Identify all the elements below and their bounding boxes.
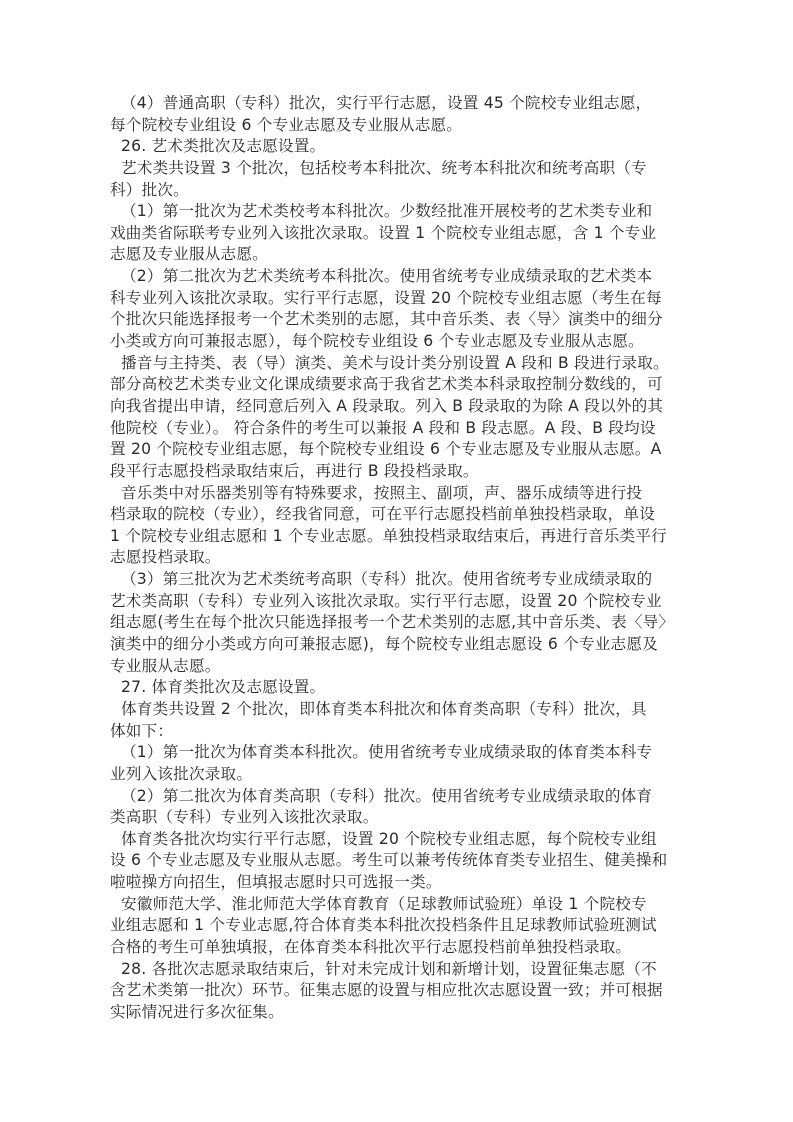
section-heading: 27. 体育类批次及志愿设置。 (110, 677, 676, 699)
paragraph-26-1: （1）第一批次为艺术类校考本科批次。少数经批准开展校考的艺术类专业和 戏曲类省际… (110, 201, 676, 266)
heading-27: 27. 体育类批次及志愿设置。 (110, 677, 676, 699)
document-page: （4）普通高职（专科）批次，实行平行志愿，设置 45 个院校专业组志愿， 每个院… (0, 0, 793, 1122)
paragraph-26-2-ab-sections: 播音与主持类、表（导）演类、美术与设计类分别设置 A 段和 B 段进行录取。 部… (110, 353, 676, 483)
text-line: 业列入该批次录取。 (110, 764, 676, 786)
paragraph-27-all-batches: 体育类各批次均实行平行志愿，设置 20 个院校专业组志愿，每个院校专业组 设 6… (110, 829, 676, 894)
text-line: 组志愿(考生在每个批次只能选择报考一个艺术类别的志愿,其中音乐类、表〈导〉 (110, 612, 676, 634)
text-line: 业组志愿和 1 个专业志愿,符合体育类本科批次投档条件且足球教师试验班测试 (110, 915, 676, 937)
text-line: 体育类共设置 2 个批次，即体育类本科批次和体育类高职（专科）批次，具 (110, 699, 676, 721)
text-line: 设 6 个专业志愿及专业服从志愿。考生可以兼考传统体育类专业招生、健美操和 (110, 850, 676, 872)
text-line: 安徽师范大学、淮北师范大学体育教育（足球教师试验班）单设 1 个院校专 (110, 894, 676, 916)
text-line: 合格的考生可单独填报，在体育类本科批次平行志愿投档前单独投档录取。 (110, 937, 676, 959)
paragraph-27-intro: 体育类共设置 2 个批次，即体育类本科批次和体育类高职（专科）批次，具 体如下： (110, 699, 676, 742)
text-line: （1）第一批次为艺术类校考本科批次。少数经批准开展校考的艺术类专业和 (110, 201, 676, 223)
text-line: 向我省提出申请，经同意后列入 A 段录取。列入 B 段录取的为除 A 段以外的其 (110, 396, 676, 418)
text-line: 实际情况进行多次征集。 (110, 1002, 676, 1024)
text-line: 他院校（专业）。 符合条件的考生可以兼报 A 段和 B 段志愿。A 段、B 段均… (110, 418, 676, 440)
text-line: （2）第二批次为体育类高职（专科）批次。使用省统考专业成绩录取的体育 (110, 786, 676, 808)
text-line: 志愿及专业服从志愿。 (110, 244, 676, 266)
paragraph-28: 28. 各批次志愿录取结束后，针对未完成计划和新增计划，设置征集志愿（不 含艺术… (110, 959, 676, 1024)
text-line: 28. 各批次志愿录取结束后，针对未完成计划和新增计划，设置征集志愿（不 (110, 959, 676, 981)
text-line: 1 个院校专业组志愿和 1 个专业志愿。单独投档录取结束后，再进行音乐类平行 (110, 526, 676, 548)
text-line: 艺术类共设置 3 个批次，包括校考本科批次、统考本科批次和统考高职（专 (110, 158, 676, 180)
text-line: 艺术类高职（专科）专业列入该批次录取。实行平行志愿，设置 20 个院校专业 (110, 591, 676, 613)
text-line: （2）第二批次为艺术类统考本科批次。使用省统考专业成绩录取的艺术类本 (110, 266, 676, 288)
text-line: 音乐类中对乐器类别等有特殊要求，按照主、副项，声、器乐成绩等进行投 (110, 483, 676, 505)
text-line: 体如下： (110, 721, 676, 743)
text-line: 戏曲类省际联考专业列入该批次录取。设置 1 个院校专业组志愿，含 1 个专业 (110, 223, 676, 245)
document-body: （4）普通高职（专科）批次，实行平行志愿，设置 45 个院校专业组志愿， 每个院… (110, 93, 676, 1024)
paragraph-27-1: （1）第一批次为体育类本科批次。使用省统考专业成绩录取的体育类本科专 业列入该批… (110, 742, 676, 785)
text-line: 类高职（专科）专业列入该批次录取。 (110, 807, 676, 829)
text-line: 科专业列入该批次录取。实行平行志愿，设置 20 个院校专业组志愿（考生在每 (110, 288, 676, 310)
text-line: 档录取的院校（专业），经我省同意，可在平行志愿投档前单独投档录取，单设 (110, 504, 676, 526)
text-line: 演类中的细分小类或方向可兼报志愿)，每个院校专业组志愿设 6 个专业志愿及 (110, 634, 676, 656)
paragraph-25-4: （4）普通高职（专科）批次，实行平行志愿，设置 45 个院校专业组志愿， 每个院… (110, 93, 676, 136)
text-line: 小类或方向可兼报志愿），每个院校专业组设 6 个专业志愿及专业服从志愿。 (110, 331, 676, 353)
text-line: 专业服从志愿。 (110, 656, 676, 678)
text-line: 每个院校专业组设 6 个专业志愿及专业服从志愿。 (110, 115, 676, 137)
text-line: 置 20 个院校专业组志愿，每个院校专业组设 6 个专业志愿及专业服从志愿。A (110, 439, 676, 461)
paragraph-26-2: （2）第二批次为艺术类统考本科批次。使用省统考专业成绩录取的艺术类本 科专业列入… (110, 266, 676, 353)
text-line: 含艺术类第一批次）环节。征集志愿的设置与相应批次志愿设置一致；并可根据 (110, 980, 676, 1002)
text-line: 啦啦操方向招生，但填报志愿时只可选报一类。 (110, 872, 676, 894)
section-heading: 26. 艺术类批次及志愿设置。 (110, 136, 676, 158)
paragraph-26-intro: 艺术类共设置 3 个批次，包括校考本科批次、统考本科批次和统考高职（专 科）批次… (110, 158, 676, 201)
text-line: 段平行志愿投档录取结束后，再进行 B 段投档录取。 (110, 461, 676, 483)
paragraph-26-3: （3）第三批次为艺术类统考高职（专科）批次。使用省统考专业成绩录取的 艺术类高职… (110, 569, 676, 677)
heading-26: 26. 艺术类批次及志愿设置。 (110, 136, 676, 158)
paragraph-26-2-music: 音乐类中对乐器类别等有特殊要求，按照主、副项，声、器乐成绩等进行投 档录取的院校… (110, 483, 676, 570)
text-line: （3）第三批次为艺术类统考高职（专科）批次。使用省统考专业成绩录取的 (110, 569, 676, 591)
text-line: 体育类各批次均实行平行志愿，设置 20 个院校专业组志愿，每个院校专业组 (110, 829, 676, 851)
text-line: 个批次只能选择报考一个艺术类别的志愿，其中音乐类、表〈导〉演类中的细分 (110, 309, 676, 331)
text-line: 科）批次。 (110, 180, 676, 202)
paragraph-27-2: （2）第二批次为体育类高职（专科）批次。使用省统考专业成绩录取的体育 类高职（专… (110, 786, 676, 829)
text-line: 志愿投档录取。 (110, 547, 676, 569)
text-line: （4）普通高职（专科）批次，实行平行志愿，设置 45 个院校专业组志愿， (110, 93, 676, 115)
paragraph-27-football: 安徽师范大学、淮北师范大学体育教育（足球教师试验班）单设 1 个院校专 业组志愿… (110, 894, 676, 959)
text-line: 部分高校艺术类专业文化课成绩要求高于我省艺术类本科录取控制分数线的，可 (110, 374, 676, 396)
text-line: 播音与主持类、表（导）演类、美术与设计类分别设置 A 段和 B 段进行录取。 (110, 353, 676, 375)
text-line: （1）第一批次为体育类本科批次。使用省统考专业成绩录取的体育类本科专 (110, 742, 676, 764)
